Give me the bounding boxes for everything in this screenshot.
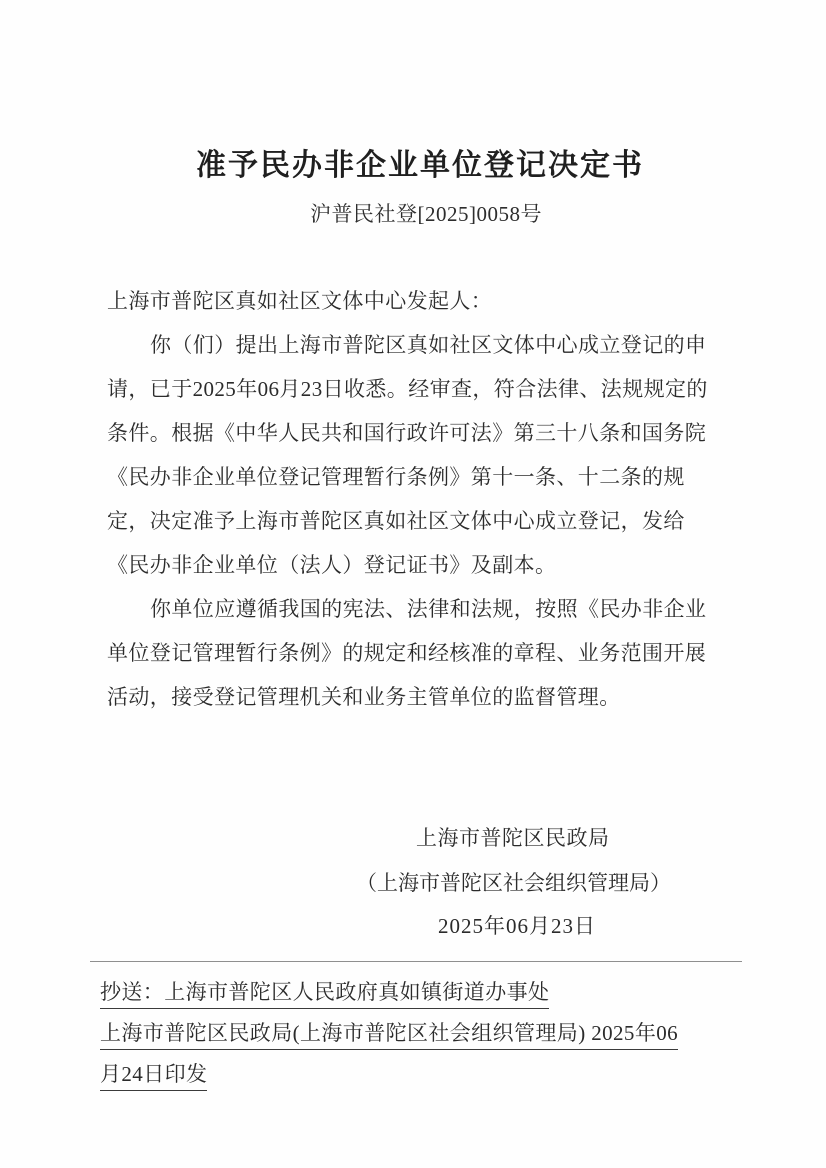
footer-cc-line: 抄送：上海市普陀区人民政府真如镇街道办事处	[100, 976, 549, 1009]
document-page: 准予民办非企业单位登记决定书 沪普民社登[2025]0058号 上海市普陀区真如…	[0, 0, 826, 1168]
footer-cc-text: 抄送：上海市普陀区人民政府真如镇街道办事处	[100, 976, 549, 1009]
body-line: 请，已于2025年06月23日收悉。经审查，符合法律、法规规定的	[107, 367, 755, 411]
footer-issue-text-2: 月24日印发	[100, 1058, 207, 1091]
document-body: 上海市普陀区真如社区文体中心发起人： 你（们）提出上海市普陀区真如社区文体中心成…	[107, 279, 755, 719]
document-title: 准予民办非企业单位登记决定书	[0, 140, 826, 184]
body-line: 活动，接受登记管理机关和业务主管单位的监督管理。	[107, 675, 755, 719]
footer-issue-text-1: 上海市普陀区民政局(上海市普陀区社会组织管理局) 2025年06	[100, 1017, 678, 1050]
salutation-line: 上海市普陀区真如社区文体中心发起人：	[107, 279, 755, 323]
body-line: 定，决定准予上海市普陀区真如社区文体中心成立登记，发给	[107, 499, 755, 543]
body-line: 你单位应遵循我国的宪法、法律和法规，按照《民办非企业	[107, 587, 755, 631]
body-line: 你（们）提出上海市普陀区真如社区文体中心成立登记的申	[107, 323, 755, 367]
body-line: 条件。根据《中华人民共和国行政许可法》第三十八条和国务院	[107, 411, 755, 455]
signature-organization-alias: （上海市普陀区社会组织管理局）	[356, 867, 671, 897]
body-line: 《民办非企业单位登记管理暂行条例》第十一条、十二条的规	[107, 455, 755, 499]
signature-organization: 上海市普陀区民政局	[416, 822, 610, 852]
footer-divider	[90, 961, 742, 962]
document-number: 沪普民社登[2025]0058号	[0, 198, 826, 228]
body-line: 单位登记管理暂行条例》的规定和经核准的章程、业务范围开展	[107, 631, 755, 675]
body-line: 《民办非企业单位（法人）登记证书》及副本。	[107, 543, 755, 587]
signature-date: 2025年06月23日	[438, 910, 596, 940]
footer-issue-line-1: 上海市普陀区民政局(上海市普陀区社会组织管理局) 2025年06	[100, 1017, 678, 1050]
footer-issue-line-2: 月24日印发	[100, 1058, 207, 1091]
